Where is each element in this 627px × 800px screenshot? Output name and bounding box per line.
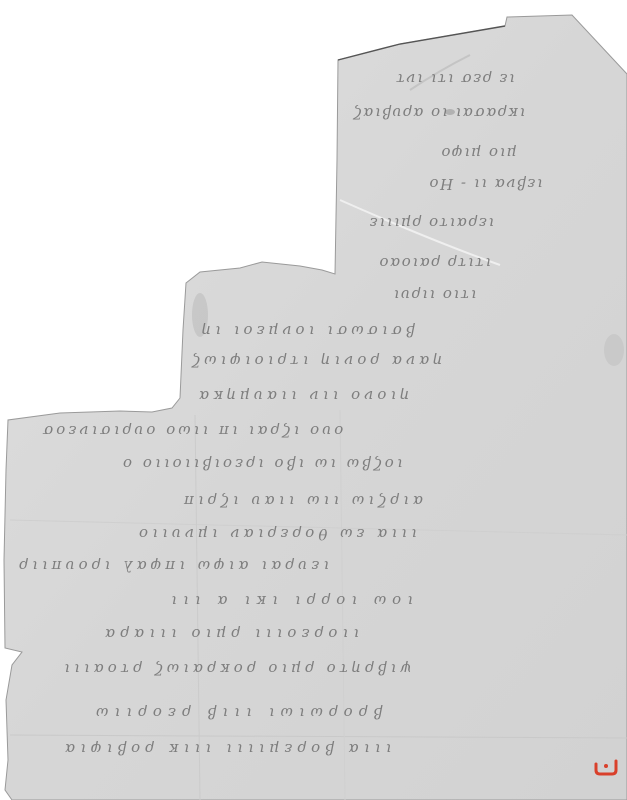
handwritten-line: ιεβνα ιι - Ηο bbox=[428, 175, 543, 193]
handwritten-line: ιοω ιορρι ικι α ιιι bbox=[165, 592, 413, 610]
handwritten-line: ιτιο ιιρυι bbox=[392, 286, 476, 304]
handwritten-line: ιοζβω ιω ιβο ιρεοιβιιοιιο ο bbox=[120, 455, 403, 473]
handwritten-line: ιιορεοιιι ρμιο ιιιαρα bbox=[100, 625, 359, 643]
handwritten-line: ιτιτρ ραιοαο bbox=[378, 254, 491, 272]
handwritten-line: ικρασαι ιο αρυβιαζ bbox=[352, 104, 525, 122]
handwritten-line: ιιια βορεμιιιι ιιικ ροβιφια bbox=[60, 740, 391, 758]
handwritten-line: ηιονο ιιν ιιαυμηκα bbox=[195, 387, 409, 405]
red-logo-mark-icon bbox=[593, 758, 619, 778]
handwritten-line: ψιβρητο ρμιο ροκραιωζ ρτοαιιι bbox=[60, 660, 412, 678]
handwritten-line: ιεραιτο ρμιιιε bbox=[368, 214, 494, 232]
handwritten-line: ιιια εω θορεριαν ιμνυιιο bbox=[135, 525, 417, 543]
handwritten-line: αιρζιω ιιω ιιαυ ιζριπ bbox=[180, 492, 423, 510]
handwritten-line: βρορωιωι ιιιβ ρεοριιω bbox=[90, 704, 382, 722]
handwritten-line: ουο ιζραι ιπ ιιωο ουρισινεοσ bbox=[40, 422, 343, 440]
handwritten-line: ιε ρεσ ιτι ιντ bbox=[395, 70, 515, 88]
handwritten-line: ιευραι αιφω ιπφαλ ιρουπιιρ bbox=[15, 557, 329, 575]
handwritten-line: βσισωσι ιονμεοι ιη bbox=[198, 322, 415, 340]
handwritten-line: μιο μιφο bbox=[440, 144, 517, 162]
handwritten-line: ηανα ρονιη ιτριοιφιωζ bbox=[188, 352, 442, 370]
